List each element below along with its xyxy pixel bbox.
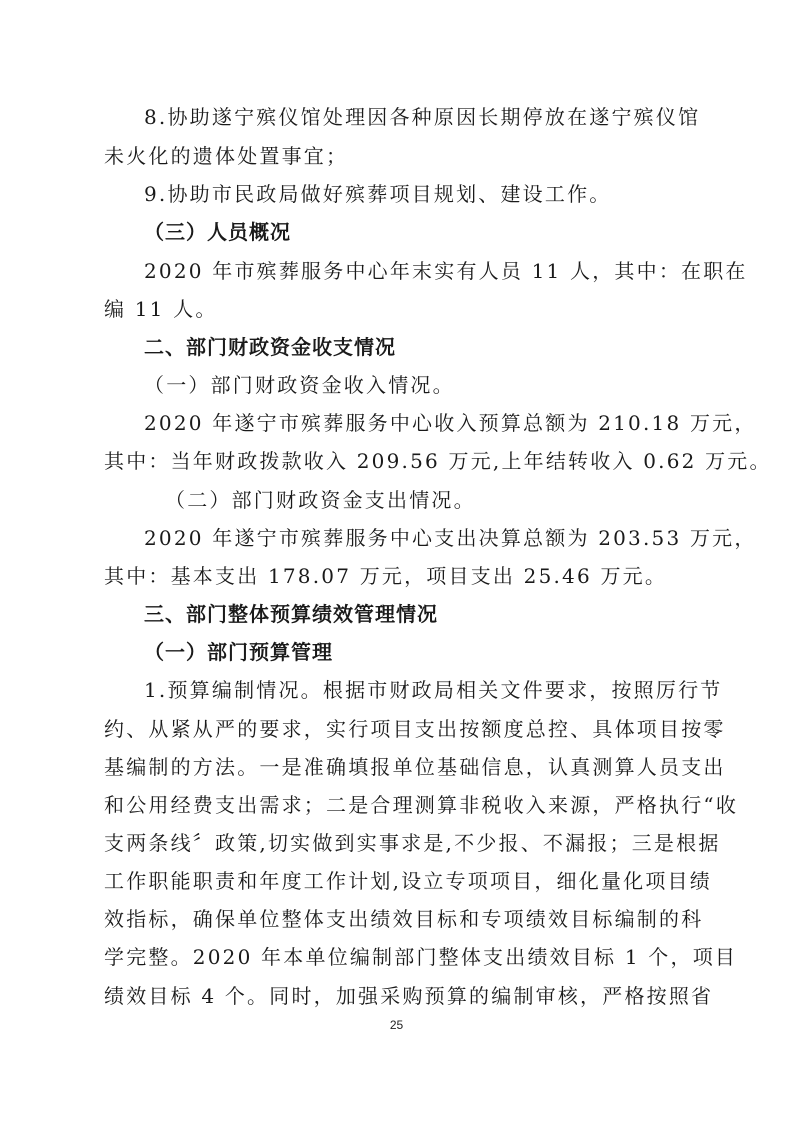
paragraph-item-8-line-2: 未火化的遗体处置事宜； (104, 143, 694, 169)
paragraph-budget-line-3: 基编制的方法。一是准确填报单位基础信息，认真测算人员支出 (104, 754, 694, 780)
paragraph-budget-line-1: 1.预算编制情况。根据市财政局相关文件要求，按照厉行节 (144, 677, 734, 703)
paragraph-budget-line-9: 绩效目标 4 个。同时，加强采购预算的编制审核，严格按照省 (104, 983, 694, 1009)
section-heading-fiscal-funds: 二、部门财政资金收支情况 (144, 334, 734, 360)
paragraph-expenditure-line-2: 其中：基本支出 178.07 万元，项目支出 25.46 万元。 (104, 563, 694, 589)
section-heading-personnel: （三）人员概况 (144, 219, 734, 245)
subheading-income: （一）部门财政资金收入情况。 (144, 372, 734, 398)
paragraph-budget-line-8: 学完整。2020 年本单位编制部门整体支出绩效目标 1 个，项目 (104, 944, 694, 970)
subheading-expenditure: （二）部门财政资金支出情况。 (165, 487, 755, 513)
paragraph-budget-line-2: 约、从紧从严的要求，实行项目支出按额度总控、具体项目按零 (104, 716, 694, 742)
paragraph-income-line-2: 其中：当年财政拨款收入 209.56 万元,上年结转收入 0.62 万元。 (104, 448, 694, 474)
paragraph-item-9: 9.协助市民政局做好殡葬项目规划、建设工作。 (144, 181, 734, 207)
paragraph-personnel-line-2: 编 11 人。 (104, 296, 694, 322)
paragraph-personnel-line-1: 2020 年市殡葬服务中心年末实有人员 11 人，其中：在职在 (144, 258, 734, 284)
subheading-budget-management: （一）部门预算管理 (144, 639, 734, 665)
paragraph-income-line-1: 2020 年遂宁市殡葬服务中心收入预算总额为 210.18 万元， (144, 410, 734, 436)
page-number: 25 (0, 1018, 793, 1032)
paragraph-expenditure-line-1: 2020 年遂宁市殡葬服务中心支出决算总额为 203.53 万元， (144, 525, 734, 551)
paragraph-budget-line-6: 工作职能职责和年度工作计划,设立专项项目，细化量化项目绩 (104, 868, 694, 894)
paragraph-budget-line-4: 和公用经费支出需求；二是合理测算非税收入来源，严格执行“收 (104, 792, 694, 818)
document-page: 8.协助遂宁殡仪馆处理因各种原因长期停放在遂宁殡仪馆 未火化的遗体处置事宜； 9… (0, 0, 793, 1122)
paragraph-item-8-line-1: 8.协助遂宁殡仪馆处理因各种原因长期停放在遂宁殡仪馆 (144, 104, 734, 130)
section-heading-performance: 三、部门整体预算绩效管理情况 (144, 601, 734, 627)
paragraph-budget-line-7: 效指标，确保单位整体支出绩效目标和专项绩效目标编制的科 (104, 906, 694, 932)
paragraph-budget-line-5: 支两条线〞政策,切实做到实事求是,不少报、不漏报；三是根据 (104, 830, 694, 856)
